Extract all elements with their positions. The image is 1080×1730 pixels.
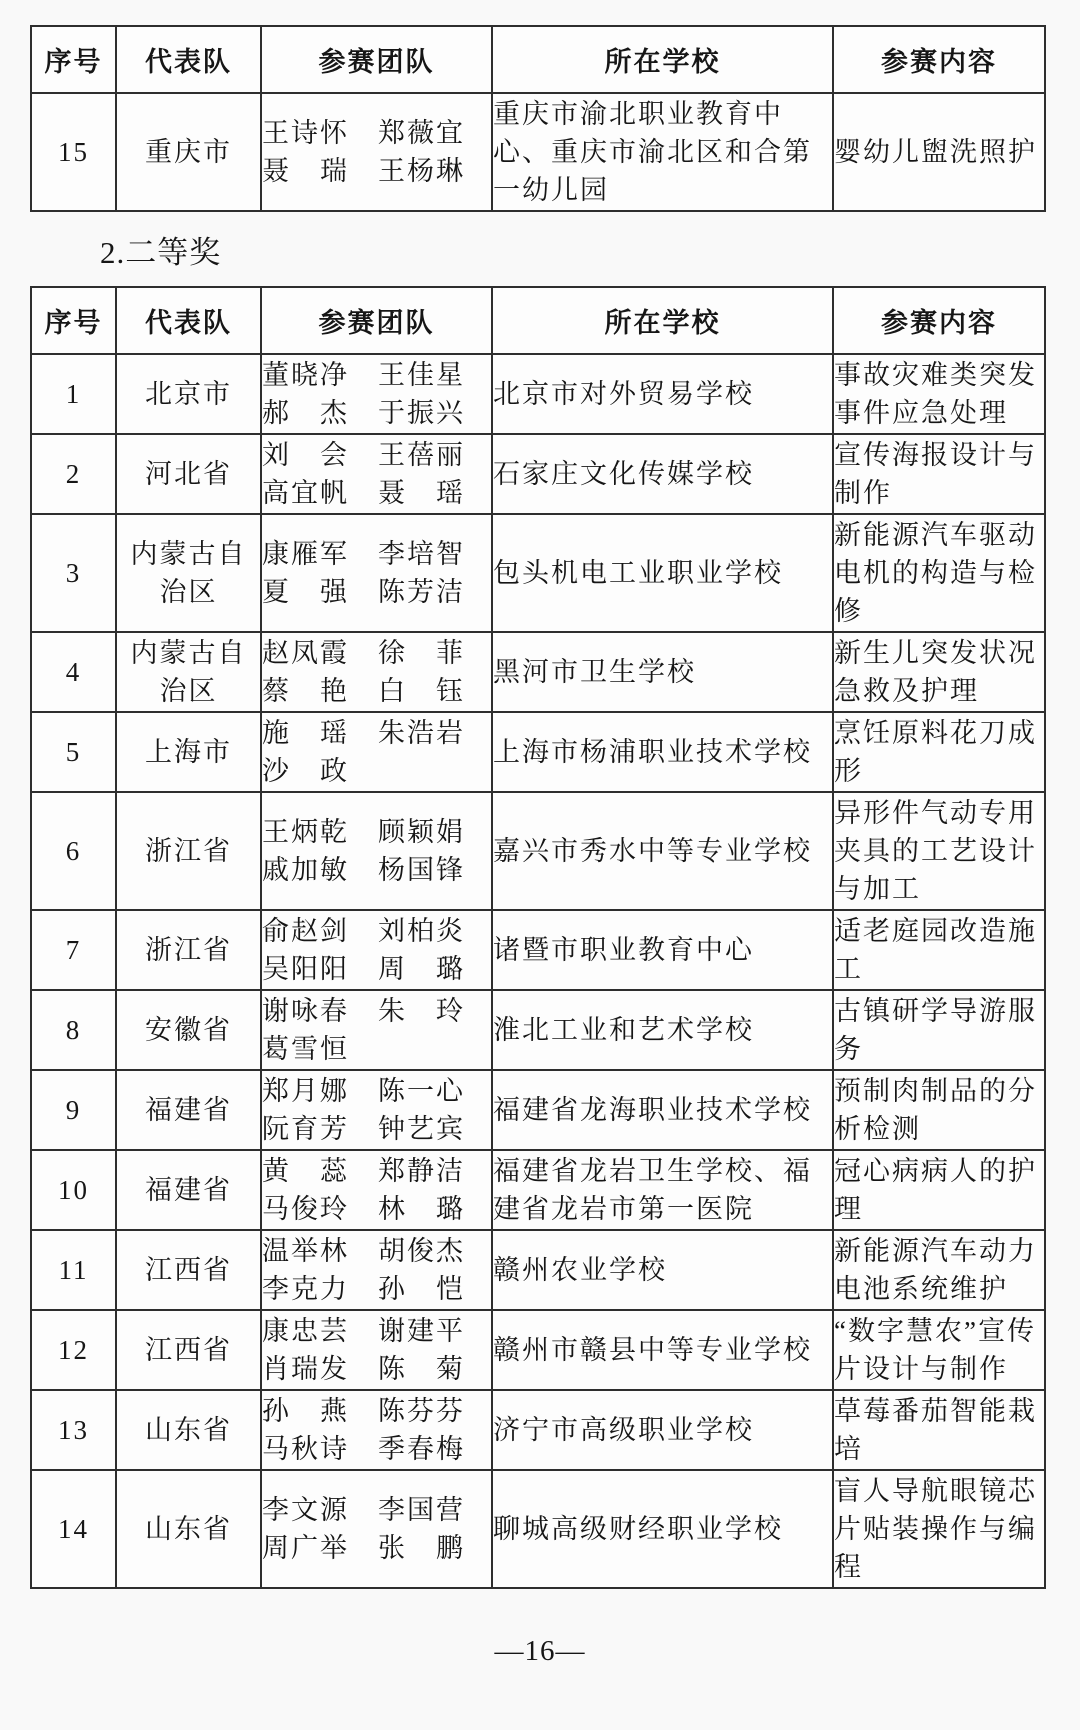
header-row: 序号代表队参赛团队所在学校参赛内容 <box>31 26 1045 93</box>
delegation-cell: 内蒙古自治区 <box>116 632 261 712</box>
team-members-cell: 王诗怀 郑薇宜 聂 瑞 王杨琳 <box>261 93 492 211</box>
delegation-cell: 福建省 <box>116 1070 261 1150</box>
seq-cell: 10 <box>31 1150 116 1230</box>
column-header: 序号 <box>31 26 116 93</box>
column-header: 所在学校 <box>492 26 833 93</box>
entry-content-cell: 适老庭园改造施工 <box>833 910 1045 990</box>
school-cell: 赣州农业学校 <box>492 1230 833 1310</box>
school-cell: 济宁市高级职业学校 <box>492 1390 833 1470</box>
award-table-top: 序号代表队参赛团队所在学校参赛内容 15重庆市王诗怀 郑薇宜 聂 瑞 王杨琳重庆… <box>30 25 1046 212</box>
team-members-cell: 俞赵剑 刘柏炎 吴阳阳 周 璐 <box>261 910 492 990</box>
entry-content-cell: 事故灾难类突发事件应急处理 <box>833 354 1045 434</box>
school-cell: 北京市对外贸易学校 <box>492 354 833 434</box>
column-header: 代表队 <box>116 287 261 354</box>
entry-content-cell: 新能源汽车动力电池系统维护 <box>833 1230 1045 1310</box>
column-header: 所在学校 <box>492 287 833 354</box>
column-header: 参赛团队 <box>261 26 492 93</box>
school-cell: 重庆市渝北职业教育中心、重庆市渝北区和合第一幼儿园 <box>492 93 833 211</box>
table-row: 1北京市董晓净 王佳星 郝 杰 于振兴北京市对外贸易学校事故灾难类突发事件应急处… <box>31 354 1045 434</box>
school-cell: 福建省龙岩卫生学校、福建省龙岩市第一医院 <box>492 1150 833 1230</box>
column-header: 代表队 <box>116 26 261 93</box>
delegation-cell: 浙江省 <box>116 910 261 990</box>
table-row: 9福建省郑月娜 陈一心 阮育芳 钟艺宾福建省龙海职业技术学校预制肉制品的分析检测 <box>31 1070 1045 1150</box>
table-header: 序号代表队参赛团队所在学校参赛内容 <box>31 287 1045 354</box>
team-members-cell: 温举林 胡俊杰 李克力 孙 恺 <box>261 1230 492 1310</box>
team-members-cell: 赵凤霞 徐 菲 蔡 艳 白 钰 <box>261 632 492 712</box>
page-number: —16— <box>0 1635 1080 1668</box>
delegation-cell: 江西省 <box>116 1230 261 1310</box>
school-cell: 淮北工业和艺术学校 <box>492 990 833 1070</box>
team-members-cell: 谢咏春 朱 玲 葛雪恒 <box>261 990 492 1070</box>
school-cell: 黑河市卫生学校 <box>492 632 833 712</box>
delegation-cell: 山东省 <box>116 1470 261 1588</box>
team-members-cell: 王炳乾 顾颖娟 戚加敏 杨国锋 <box>261 792 492 910</box>
entry-content-cell: 宣传海报设计与制作 <box>833 434 1045 514</box>
column-header: 参赛内容 <box>833 26 1045 93</box>
table-row: 2河北省刘 会 王蓓丽 高宜帆 聂 瑶石家庄文化传媒学校宣传海报设计与制作 <box>31 434 1045 514</box>
seq-cell: 14 <box>31 1470 116 1588</box>
delegation-cell: 浙江省 <box>116 792 261 910</box>
table-row: 10福建省黄 蕊 郑静洁 马俊玲 林 璐福建省龙岩卫生学校、福建省龙岩市第一医院… <box>31 1150 1045 1230</box>
seq-cell: 4 <box>31 632 116 712</box>
entry-content-cell: 新能源汽车驱动电机的构造与检修 <box>833 514 1045 632</box>
seq-cell: 1 <box>31 354 116 434</box>
seq-cell: 6 <box>31 792 116 910</box>
seq-cell: 13 <box>31 1390 116 1470</box>
table-row: 13山东省孙 燕 陈芬芬 马秋诗 季春梅济宁市高级职业学校草莓番茄智能栽培 <box>31 1390 1045 1470</box>
seq-cell: 12 <box>31 1310 116 1390</box>
table-row: 12江西省康忠芸 谢建平 肖瑞发 陈 菊赣州市赣县中等专业学校“数字慧农”宣传片… <box>31 1310 1045 1390</box>
table-header: 序号代表队参赛团队所在学校参赛内容 <box>31 26 1045 93</box>
delegation-cell: 重庆市 <box>116 93 261 211</box>
entry-content-cell: 烹饪原料花刀成形 <box>833 712 1045 792</box>
team-members-cell: 董晓净 王佳星 郝 杰 于振兴 <box>261 354 492 434</box>
table-row: 7浙江省俞赵剑 刘柏炎 吴阳阳 周 璐诸暨市职业教育中心适老庭园改造施工 <box>31 910 1045 990</box>
delegation-cell: 安徽省 <box>116 990 261 1070</box>
school-cell: 赣州市赣县中等专业学校 <box>492 1310 833 1390</box>
school-cell: 聊城高级财经职业学校 <box>492 1470 833 1588</box>
entry-content-cell: 冠心病病人的护理 <box>833 1150 1045 1230</box>
delegation-cell: 上海市 <box>116 712 261 792</box>
seq-cell: 5 <box>31 712 116 792</box>
entry-content-cell: “数字慧农”宣传片设计与制作 <box>833 1310 1045 1390</box>
entry-content-cell: 异形件气动专用夹具的工艺设计与加工 <box>833 792 1045 910</box>
delegation-cell: 北京市 <box>116 354 261 434</box>
seq-cell: 11 <box>31 1230 116 1310</box>
delegation-cell: 河北省 <box>116 434 261 514</box>
team-members-cell: 郑月娜 陈一心 阮育芳 钟艺宾 <box>261 1070 492 1150</box>
delegation-cell: 山东省 <box>116 1390 261 1470</box>
entry-content-cell: 草莓番茄智能栽培 <box>833 1390 1045 1470</box>
entry-content-cell: 预制肉制品的分析检测 <box>833 1070 1045 1150</box>
seq-cell: 15 <box>31 93 116 211</box>
team-members-cell: 李文源 李国营 周广举 张 鹏 <box>261 1470 492 1588</box>
table-row: 4内蒙古自治区赵凤霞 徐 菲 蔡 艳 白 钰黑河市卫生学校新生儿突发状况急救及护… <box>31 632 1045 712</box>
team-members-cell: 康雁军 李培智 夏 强 陈芳洁 <box>261 514 492 632</box>
school-cell: 嘉兴市秀水中等专业学校 <box>492 792 833 910</box>
entry-content-cell: 盲人导航眼镜芯片贴装操作与编程 <box>833 1470 1045 1588</box>
team-members-cell: 刘 会 王蓓丽 高宜帆 聂 瑶 <box>261 434 492 514</box>
column-header: 序号 <box>31 287 116 354</box>
delegation-cell: 内蒙古自治区 <box>116 514 261 632</box>
second-prize-table: 序号代表队参赛团队所在学校参赛内容 1北京市董晓净 王佳星 郝 杰 于振兴北京市… <box>30 286 1046 1589</box>
column-header: 参赛内容 <box>833 287 1045 354</box>
team-members-cell: 施 瑶 朱浩岩 沙 政 <box>261 712 492 792</box>
school-cell: 上海市杨浦职业技术学校 <box>492 712 833 792</box>
seq-cell: 7 <box>31 910 116 990</box>
table-row: 3内蒙古自治区康雁军 李培智 夏 强 陈芳洁包头机电工业职业学校新能源汽车驱动电… <box>31 514 1045 632</box>
entry-content-cell: 古镇研学导游服务 <box>833 990 1045 1070</box>
school-cell: 诸暨市职业教育中心 <box>492 910 833 990</box>
table-row: 11江西省温举林 胡俊杰 李克力 孙 恺赣州农业学校新能源汽车动力电池系统维护 <box>31 1230 1045 1310</box>
page-content: 序号代表队参赛团队所在学校参赛内容 15重庆市王诗怀 郑薇宜 聂 瑞 王杨琳重庆… <box>0 0 1080 1668</box>
document-page: { "section_heading": "2.二等奖", "footer": … <box>0 0 1080 1730</box>
table-row: 5上海市施 瑶 朱浩岩 沙 政上海市杨浦职业技术学校烹饪原料花刀成形 <box>31 712 1045 792</box>
seq-cell: 9 <box>31 1070 116 1150</box>
seq-cell: 3 <box>31 514 116 632</box>
delegation-cell: 福建省 <box>116 1150 261 1230</box>
seq-cell: 2 <box>31 434 116 514</box>
header-row: 序号代表队参赛团队所在学校参赛内容 <box>31 287 1045 354</box>
school-cell: 福建省龙海职业技术学校 <box>492 1070 833 1150</box>
table-row: 14山东省李文源 李国营 周广举 张 鹏聊城高级财经职业学校盲人导航眼镜芯片贴装… <box>31 1470 1045 1588</box>
entry-content-cell: 新生儿突发状况急救及护理 <box>833 632 1045 712</box>
school-cell: 包头机电工业职业学校 <box>492 514 833 632</box>
team-members-cell: 孙 燕 陈芬芬 马秋诗 季春梅 <box>261 1390 492 1470</box>
seq-cell: 8 <box>31 990 116 1070</box>
delegation-cell: 江西省 <box>116 1310 261 1390</box>
table-body: 1北京市董晓净 王佳星 郝 杰 于振兴北京市对外贸易学校事故灾难类突发事件应急处… <box>31 354 1045 1588</box>
table-row: 15重庆市王诗怀 郑薇宜 聂 瑞 王杨琳重庆市渝北职业教育中心、重庆市渝北区和合… <box>31 93 1045 211</box>
table-row: 6浙江省王炳乾 顾颖娟 戚加敏 杨国锋嘉兴市秀水中等专业学校异形件气动专用夹具的… <box>31 792 1045 910</box>
table-body: 15重庆市王诗怀 郑薇宜 聂 瑞 王杨琳重庆市渝北职业教育中心、重庆市渝北区和合… <box>31 93 1045 211</box>
table-row: 8安徽省谢咏春 朱 玲 葛雪恒淮北工业和艺术学校古镇研学导游服务 <box>31 990 1045 1070</box>
team-members-cell: 康忠芸 谢建平 肖瑞发 陈 菊 <box>261 1310 492 1390</box>
team-members-cell: 黄 蕊 郑静洁 马俊玲 林 璐 <box>261 1150 492 1230</box>
school-cell: 石家庄文化传媒学校 <box>492 434 833 514</box>
entry-content-cell: 婴幼儿盥洗照护 <box>833 93 1045 211</box>
section-heading: 2.二等奖 <box>100 227 1080 272</box>
column-header: 参赛团队 <box>261 287 492 354</box>
